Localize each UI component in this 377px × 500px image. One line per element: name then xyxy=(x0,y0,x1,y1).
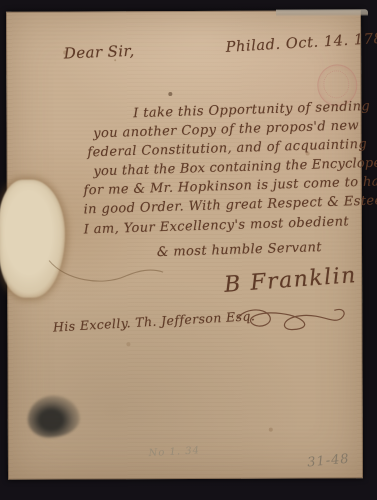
body-line: I am, Your Excellency's most obedient xyxy=(84,214,350,237)
pencil-note-corner: 31-48 xyxy=(307,452,351,471)
scan-viewport: Dear Sir, Philad. Oct. 14. 1787 I take t… xyxy=(0,0,377,500)
body-line: I take this Opportunity of sending xyxy=(133,99,370,121)
signature: B Franklin xyxy=(223,263,357,298)
pencil-note-center: No 1. 34 xyxy=(148,445,200,459)
paper-edge-highlight xyxy=(276,9,368,16)
salutation: Dear Sir, xyxy=(63,42,134,63)
ink-smudge-stain xyxy=(28,395,80,437)
address-line: His Excelly. Th. Jefferson Esq. xyxy=(53,308,256,334)
letter-page: Dear Sir, Philad. Oct. 14. 1787 I take t… xyxy=(6,10,363,480)
dateline: Philad. Oct. 14. 1787 xyxy=(225,30,377,55)
embossed-stamp-inner-ring xyxy=(323,70,349,98)
body-line: & most humble Servant xyxy=(157,240,323,260)
paper-crease-line xyxy=(47,246,167,297)
foxing-speckles xyxy=(6,12,8,14)
